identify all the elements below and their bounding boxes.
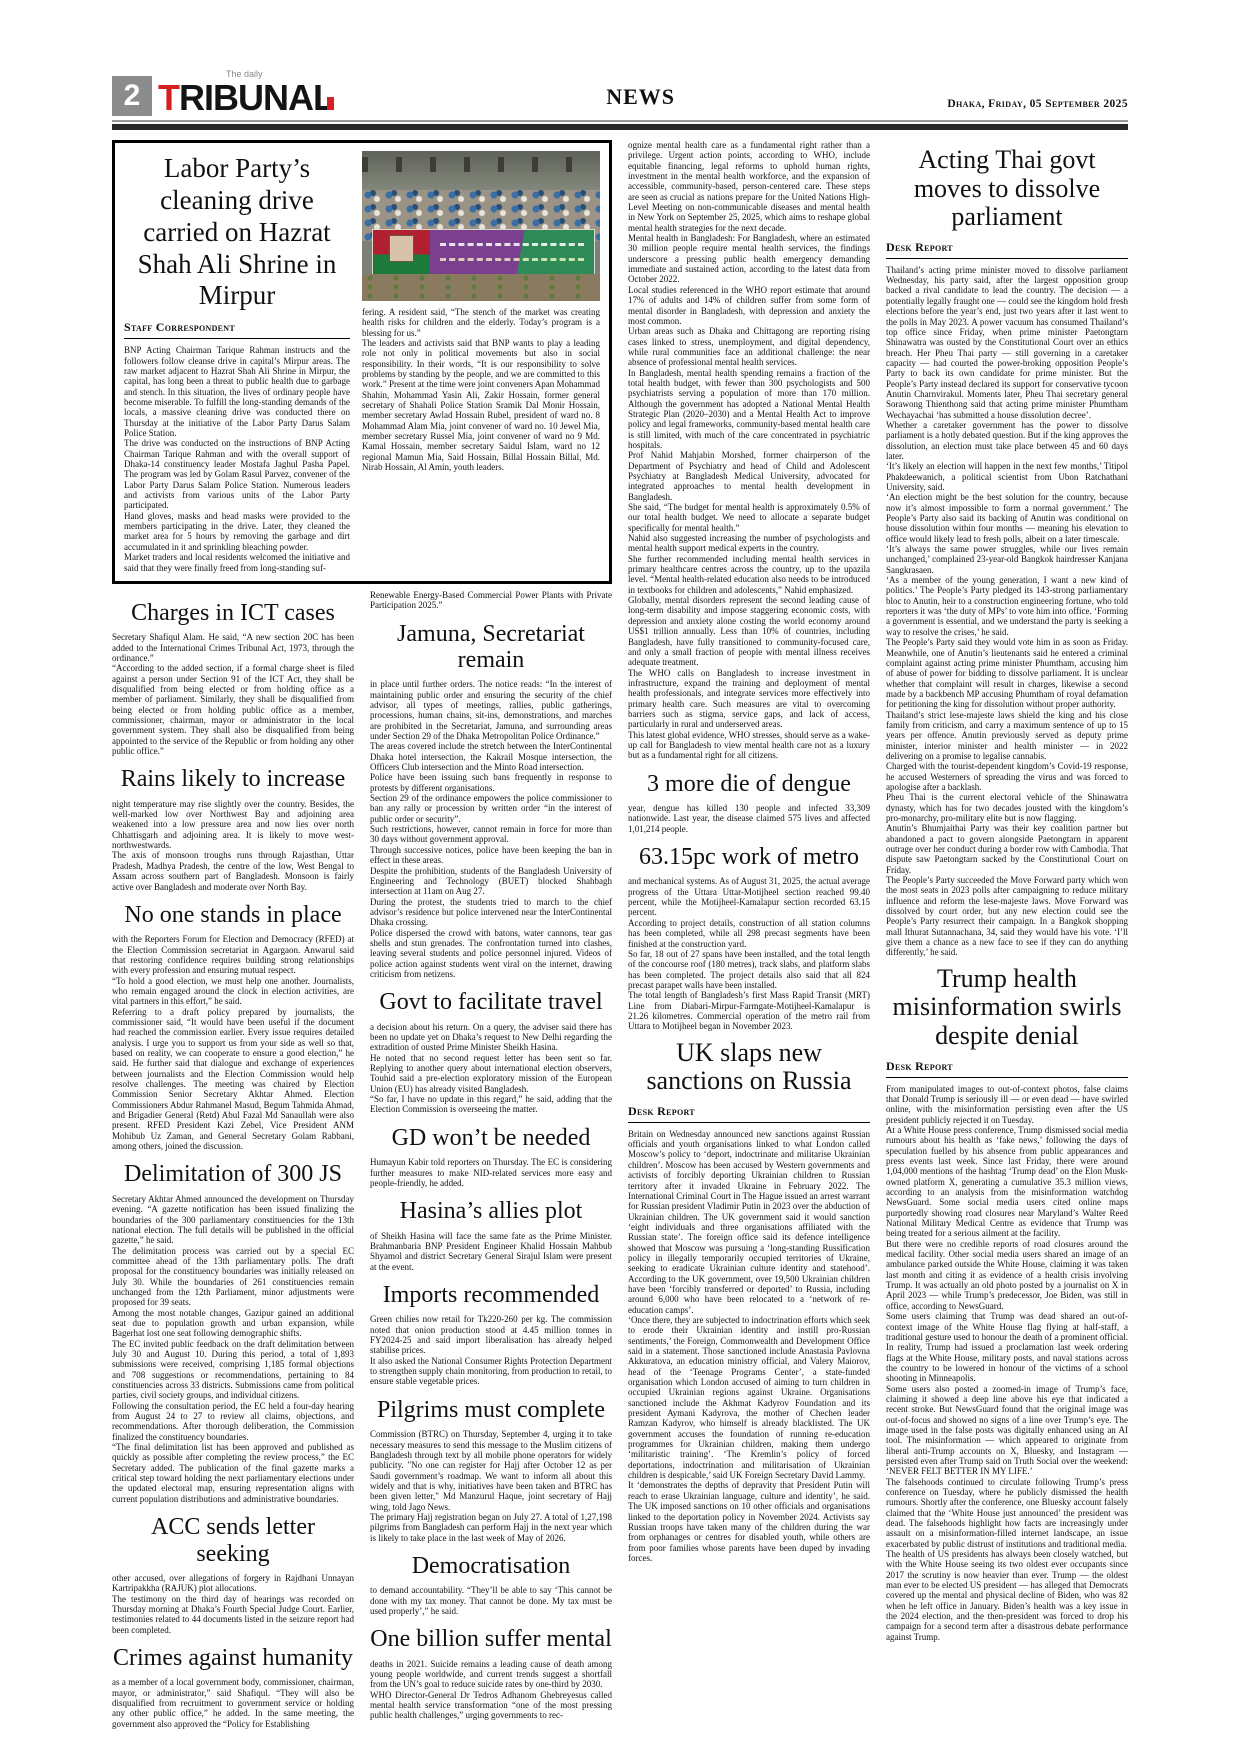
article-body: Green chilies now retail for Tk220-260 p… bbox=[370, 1314, 612, 1386]
lead-story-left-column: Labor Party’s cleaning drive carried on … bbox=[124, 151, 350, 573]
lead-byline: Staff Correspondent bbox=[124, 320, 350, 339]
article-headline: 63.15pc work of metro bbox=[628, 844, 870, 870]
lead-photo bbox=[362, 151, 600, 301]
page-number: 2 bbox=[112, 76, 152, 116]
article-body: deaths in 2021. Suicide remains a leadin… bbox=[370, 1659, 612, 1721]
article-headline: UK slaps new sanctions on Russia bbox=[628, 1039, 870, 1096]
article-headline: Imports recommended bbox=[370, 1282, 612, 1308]
header-rule-thick bbox=[112, 124, 1128, 130]
article-metro-work-progress: 63.15pc work of metro and mechanical sys… bbox=[628, 844, 870, 1032]
continuation-fragment: Renewable Energy-Based Commercial Power … bbox=[370, 590, 612, 611]
masthead-red-accent bbox=[327, 97, 334, 110]
article-body: to demand accountability. “They’ll be ab… bbox=[370, 1585, 612, 1616]
masthead-logo: The daily TRIBUNAL bbox=[158, 70, 334, 116]
article-headline: 3 more die of dengue bbox=[628, 771, 870, 797]
article-rains-likely-to-increase: Rains likely to increase night temperatu… bbox=[112, 766, 354, 891]
page-content: 2 The daily TRIBUNAL NEWS Dhaka, Friday,… bbox=[112, 70, 1128, 1736]
article-headline: Crimes against humanity bbox=[112, 1645, 354, 1671]
article-jamuna-secretariat-remain: Jamuna, Secretariat remain in place unti… bbox=[370, 621, 612, 980]
article-democratisation: Democratisation to demand accountability… bbox=[370, 1553, 612, 1616]
article-headline: No one stands in place bbox=[112, 902, 354, 928]
lead-body-left: BNP Acting Chairman Tarique Rahman instr… bbox=[124, 345, 350, 573]
article-headline: One billion suffer mental bbox=[370, 1626, 612, 1652]
header-rule-thin bbox=[112, 120, 1128, 122]
article-body: Humayun Kabir told reporters on Thursday… bbox=[370, 1157, 612, 1188]
newspaper-page: 2 The daily TRIBUNAL NEWS Dhaka, Friday,… bbox=[0, 0, 1241, 1754]
lead-body-right: fering. A resident said, “The stench of … bbox=[362, 307, 600, 473]
lead-story-box: Labor Party’s cleaning drive carried on … bbox=[112, 140, 612, 584]
article-3-more-die-of-dengue: 3 more die of dengue year, dengue has ki… bbox=[628, 771, 870, 834]
article-delimitation-of-300-js: Delimitation of 300 JS Secretary Akhtar … bbox=[112, 1161, 354, 1504]
article-headline: Trump health misinformation swirls despi… bbox=[886, 965, 1128, 1051]
column-2: Renewable Energy-Based Commercial Power … bbox=[370, 590, 612, 1728]
article-no-one-stands-in-place: No one stands in place with the Reporter… bbox=[112, 902, 354, 1152]
article-headline: Democratisation bbox=[370, 1553, 612, 1579]
article-body: Secretary Akhtar Ahmed announced the dev… bbox=[112, 1194, 354, 1504]
mental-health-continuation: ognize mental health care as a fundament… bbox=[628, 140, 870, 761]
article-acc-sends-letter-seeking: ACC sends letter seeking other accused, … bbox=[112, 1514, 354, 1635]
article-crimes-against-humanity: Crimes against humanity as a member of a… bbox=[112, 1645, 354, 1729]
article-govt-to-facilitate-travel: Govt to facilitate travel a decision abo… bbox=[370, 989, 612, 1114]
article-trump-health-misinformation: Trump health misinformation swirls despi… bbox=[886, 965, 1128, 1642]
article-headline: Delimitation of 300 JS bbox=[112, 1161, 354, 1187]
column-3: ognize mental health care as a fundament… bbox=[628, 140, 870, 1570]
photo-banner bbox=[372, 229, 596, 276]
photo-ground bbox=[362, 274, 600, 301]
article-body: Thailand’s acting prime minister moved t… bbox=[886, 265, 1128, 958]
photo-banner-script-line bbox=[440, 243, 584, 246]
article-hasinas-allies-plot: Hasina’s allies plot of Sheikh Hasina wi… bbox=[370, 1198, 612, 1272]
article-body: Commission (BTRC) on Thursday, September… bbox=[370, 1429, 612, 1543]
masthead-title: TRIBUNAL bbox=[158, 80, 334, 116]
column-1: Charges in ICT cases Secretary Shafiqul … bbox=[112, 590, 354, 1736]
section-title: NEWS bbox=[606, 84, 675, 116]
article-headline: Jamuna, Secretariat remain bbox=[370, 621, 612, 674]
article-headline: ACC sends letter seeking bbox=[112, 1514, 354, 1567]
article-pilgrims-must-complete: Pilgrims must complete Commission (BTRC)… bbox=[370, 1397, 612, 1543]
article-headline: Charges in ICT cases bbox=[112, 600, 354, 626]
article-body: in place until further orders. The notic… bbox=[370, 679, 612, 979]
article-gd-wont-be-needed: GD won’t be needed Humayun Kabir told re… bbox=[370, 1125, 612, 1188]
photo-banner-face bbox=[389, 235, 414, 262]
article-headline: Hasina’s allies plot bbox=[370, 1198, 612, 1224]
columns: Labor Party’s cleaning drive carried on … bbox=[112, 140, 1128, 1736]
article-byline: Desk Report bbox=[628, 1104, 870, 1123]
article-byline: Desk Report bbox=[886, 1059, 1128, 1078]
photo-shed-beams bbox=[362, 157, 600, 172]
masthead-title-initial: T bbox=[158, 77, 179, 118]
article-headline: GD won’t be needed bbox=[370, 1125, 612, 1151]
lead-story-right-column: fering. A resident said, “The stench of … bbox=[362, 151, 600, 573]
lead-headline: Labor Party’s cleaning drive carried on … bbox=[124, 153, 350, 312]
article-charges-in-ict-cases: Charges in ICT cases Secretary Shafiqul … bbox=[112, 600, 354, 757]
article-body: a decision about his return. On a query,… bbox=[370, 1022, 612, 1115]
article-body: and mechanical systems. As of August 31,… bbox=[628, 876, 870, 1031]
article-headline: Pilgrims must complete bbox=[370, 1397, 612, 1423]
photo-banner-text-area bbox=[430, 230, 594, 275]
article-imports-recommended: Imports recommended Green chilies now re… bbox=[370, 1282, 612, 1387]
article-body: night temperature may rise slightly over… bbox=[112, 799, 354, 892]
left-half-columns: Charges in ICT cases Secretary Shafiqul … bbox=[112, 590, 612, 1736]
masthead: 2 The daily TRIBUNAL NEWS Dhaka, Friday,… bbox=[112, 70, 1128, 116]
article-uk-sanctions-russia: UK slaps new sanctions on Russia Desk Re… bbox=[628, 1039, 870, 1564]
masthead-title-rest: RIBUNAL bbox=[179, 77, 334, 118]
article-body: From manipulated images to out-of-contex… bbox=[886, 1084, 1128, 1643]
article-body: Britain on Wednesday announced new sanct… bbox=[628, 1129, 870, 1563]
article-headline: Acting Thai govt moves to dissolve parli… bbox=[886, 146, 1128, 232]
article-thai-govt-dissolve-parliament: Acting Thai govt moves to dissolve parli… bbox=[886, 146, 1128, 958]
photo-banner-portraits bbox=[373, 230, 431, 275]
article-headline: Govt to facilitate travel bbox=[370, 989, 612, 1015]
photo-banner-script-line bbox=[440, 258, 584, 261]
dateline: Dhaka, Friday, 05 September 2025 bbox=[947, 98, 1128, 116]
column-4: Acting Thai govt moves to dissolve parli… bbox=[886, 140, 1128, 1649]
article-headline: Rains likely to increase bbox=[112, 766, 354, 792]
article-one-billion-suffer-mental: One billion suffer mental deaths in 2021… bbox=[370, 1626, 612, 1720]
article-byline: Desk Report bbox=[886, 240, 1128, 259]
article-body: with the Reporters Forum for Election an… bbox=[112, 934, 354, 1151]
masthead-left: 2 The daily TRIBUNAL bbox=[112, 70, 334, 116]
article-body: of Sheikh Hasina will face the same fate… bbox=[370, 1231, 612, 1272]
article-body: as a member of a local government body, … bbox=[112, 1677, 354, 1729]
article-body: Secretary Shafiqul Alam. He said, “A new… bbox=[112, 632, 354, 756]
article-body: other accused, over allegations of forge… bbox=[112, 1573, 354, 1635]
article-body: year, dengue has killed 130 people and i… bbox=[628, 803, 870, 834]
left-half: Labor Party’s cleaning drive carried on … bbox=[112, 140, 612, 1736]
